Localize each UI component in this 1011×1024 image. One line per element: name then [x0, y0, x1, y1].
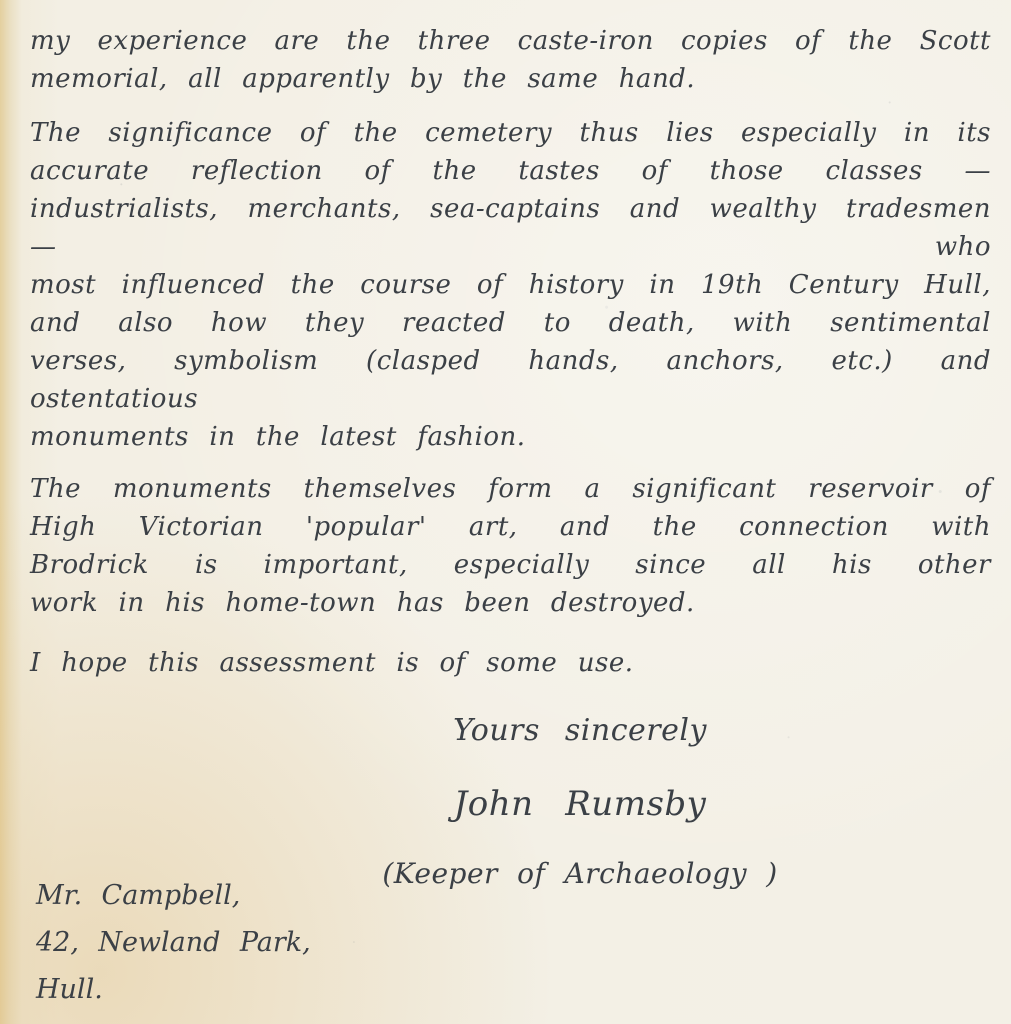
recipient-address: Mr. Campbell, 42, Newland Park, Hull.: [36, 872, 311, 1013]
signer-title: (Keeper of Archaeology ): [300, 852, 860, 896]
handwritten-line: industrialists, merchants, sea-captains …: [30, 190, 991, 266]
handwritten-line: and also how they reacted to death, with…: [30, 304, 991, 342]
paragraph: The monuments themselves form a signific…: [30, 470, 991, 622]
handwritten-line: my experience are the three caste-iron c…: [30, 22, 991, 60]
recipient-line: 42, Newland Park,: [36, 919, 311, 966]
valediction: Yours sincerely: [300, 708, 860, 754]
paragraph: my experience are the three caste-iron c…: [30, 22, 991, 98]
handwritten-line: High Victorian 'popular' art, and the co…: [30, 508, 991, 546]
letter-page: my experience are the three caste-iron c…: [0, 0, 1011, 1024]
handwritten-line: verses, symbolism (clasped hands, anchor…: [30, 342, 991, 418]
closing-block: Yours sincerely John Rumsby (Keeper of A…: [30, 708, 860, 896]
handwritten-line: monuments in the latest fashion.: [30, 418, 991, 456]
recipient-line: Mr. Campbell,: [36, 872, 311, 919]
paragraph: The significance of the cemetery thus li…: [30, 114, 991, 456]
letter-body: my experience are the three caste-iron c…: [0, 0, 1011, 896]
handwritten-line: I hope this assessment is of some use.: [30, 644, 991, 682]
paragraph: I hope this assessment is of some use.: [30, 644, 991, 682]
handwritten-line: memorial, all apparently by the same han…: [30, 60, 991, 98]
handwritten-line: The significance of the cemetery thus li…: [30, 114, 991, 152]
signature: John Rumsby: [300, 780, 860, 828]
recipient-line: Hull.: [36, 966, 311, 1013]
handwritten-line: work in his home-town has been destroyed…: [30, 584, 991, 622]
handwritten-line: accurate reflection of the tastes of tho…: [30, 152, 991, 190]
handwritten-line: The monuments themselves form a signific…: [30, 470, 991, 508]
handwritten-line: most influenced the course of history in…: [30, 266, 991, 304]
handwritten-line: Brodrick is important, especially since …: [30, 546, 991, 584]
